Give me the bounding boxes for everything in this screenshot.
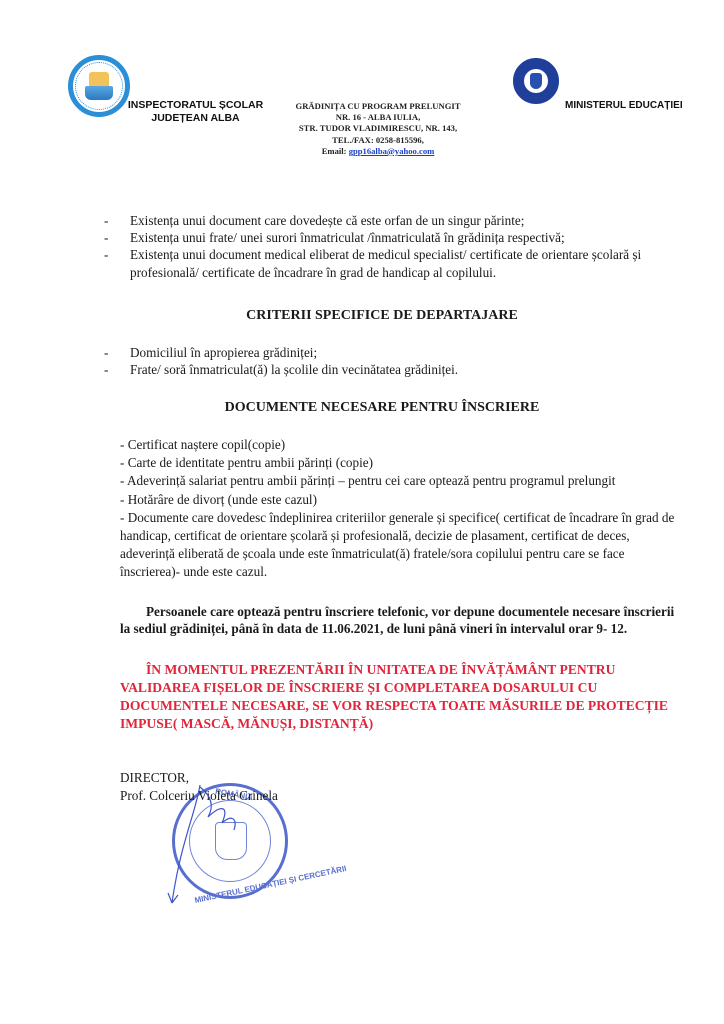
list-item: - Certificat naștere copil(copie)	[120, 436, 680, 454]
list-item-text: Existența unui document medical eliberat…	[130, 247, 641, 280]
list-item: - Hotărâre de divorț (unde este cazul)	[120, 491, 680, 509]
list-item: -Domiciliul în apropierea grădiniței;	[104, 344, 684, 361]
school-name: GRĂDINIȚA CU PROGRAM PRELUNGIT	[288, 101, 468, 112]
inspectorate-name-line1: INSPECTORATUL ȘCOLAR	[118, 99, 273, 112]
director-role: DIRECTOR,	[120, 769, 278, 787]
documents-heading: DOCUMENTE NECESARE PENTRU ÎNSCRIERE	[20, 400, 724, 416]
school-street: STR. TUDOR VLADIMIRESCU, NR. 143,	[288, 123, 468, 134]
list-item-text: Domiciliul în apropierea grădiniței;	[130, 345, 317, 360]
phone-enrollment-notice: Persoanele care optează pentru înscriere…	[120, 603, 680, 637]
list-item: - Documente care dovedesc îndeplinirea c…	[120, 509, 680, 582]
school-email-line: Email: gpp16alba@yahoo.com	[288, 146, 468, 157]
list-item: -Existența unui frate/ unei surori înmat…	[104, 229, 684, 246]
director-name: Prof. Colceriu Violeta Crinela	[120, 787, 278, 805]
director-block: DIRECTOR, Prof. Colceriu Violeta Crinela	[120, 769, 278, 805]
school-address-block: GRĂDINIȚA CU PROGRAM PRELUNGIT NR. 16 - …	[288, 101, 468, 157]
list-item-text: Existența unui frate/ unei surori înmatr…	[130, 230, 565, 245]
ministry-name: MINISTERUL EDUCAȚIEI	[565, 100, 683, 111]
specific-criteria-heading: CRITERII SPECIFICE DE DEPARTAJARE	[20, 308, 724, 324]
specific-criteria-list: -Domiciliul în apropierea grădiniței; -F…	[104, 344, 684, 378]
school-phone: TEL./FAX: 0258-815596,	[288, 135, 468, 146]
list-item: -Existența unui document medical elibera…	[104, 246, 684, 282]
email-label: Email:	[322, 146, 347, 156]
list-item: - Carte de identitate pentru ambii părin…	[120, 454, 680, 472]
list-item: -Frate/ soră înmatriculat(ă) la școlile …	[104, 361, 684, 378]
inspectorate-name: INSPECTORATUL ȘCOLAR JUDEȚEAN ALBA	[118, 99, 273, 125]
general-criteria-list: -Existența unui document care dovedește …	[104, 212, 684, 282]
list-item-text: Frate/ soră înmatriculat(ă) la școlile d…	[130, 362, 458, 377]
coat-of-arms-icon	[215, 822, 247, 860]
email-link[interactable]: gpp16alba@yahoo.com	[349, 146, 435, 156]
government-logo-icon	[513, 58, 559, 104]
list-item: - Adeverință salariat pentru ambii părin…	[120, 472, 680, 490]
list-item: -Existența unui document care dovedește …	[104, 212, 684, 229]
protection-measures-warning: ÎN MOMENTUL PREZENTĂRII ÎN UNITATEA DE Î…	[120, 661, 680, 733]
school-number-city: NR. 16 - ALBA IULIA,	[288, 112, 468, 123]
list-item-text: Existența unui document care dovedește c…	[130, 213, 524, 228]
documents-list: - Certificat naștere copil(copie) - Cart…	[120, 436, 680, 582]
inspectorate-name-line2: JUDEȚEAN ALBA	[118, 112, 273, 125]
